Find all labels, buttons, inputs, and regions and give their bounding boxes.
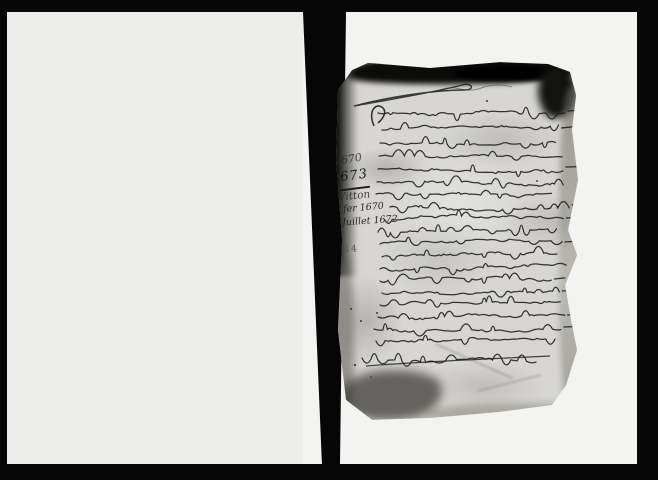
handwriting-line: [380, 273, 565, 285]
handwriting-line: [382, 123, 581, 131]
handwriting-line: [378, 311, 591, 320]
handwriting-line: [385, 211, 582, 224]
handwriting-line: [382, 287, 581, 297]
handwriting-line: [376, 335, 555, 345]
handwriting-line: [379, 150, 562, 161]
handwriting-line: [374, 324, 583, 336]
handwriting-line: [380, 296, 560, 307]
handwriting-line: [380, 263, 566, 274]
scanned-register-spread: 1670 1673 Vitton 12 fer 1670 14 Juillet …: [0, 0, 658, 480]
handwriting-line: [382, 246, 557, 260]
handwriting-svg: [336, 60, 580, 422]
handwriting-line: [378, 225, 557, 238]
handwriting-line: [390, 202, 585, 214]
manuscript-page: 1670 1673 Vitton 12 fer 1670 14 Juillet …: [336, 60, 580, 422]
handwriting-line: [380, 237, 587, 245]
handwriting-line: [377, 176, 563, 188]
faded-top-line: [440, 85, 512, 90]
closing-swash: [366, 356, 550, 366]
initial-letter-flourish: [372, 106, 385, 126]
handwriting-line: [378, 107, 578, 120]
handwriting-line: [380, 137, 556, 149]
handwriting-line: [376, 190, 552, 199]
handwriting-line: [378, 165, 590, 177]
